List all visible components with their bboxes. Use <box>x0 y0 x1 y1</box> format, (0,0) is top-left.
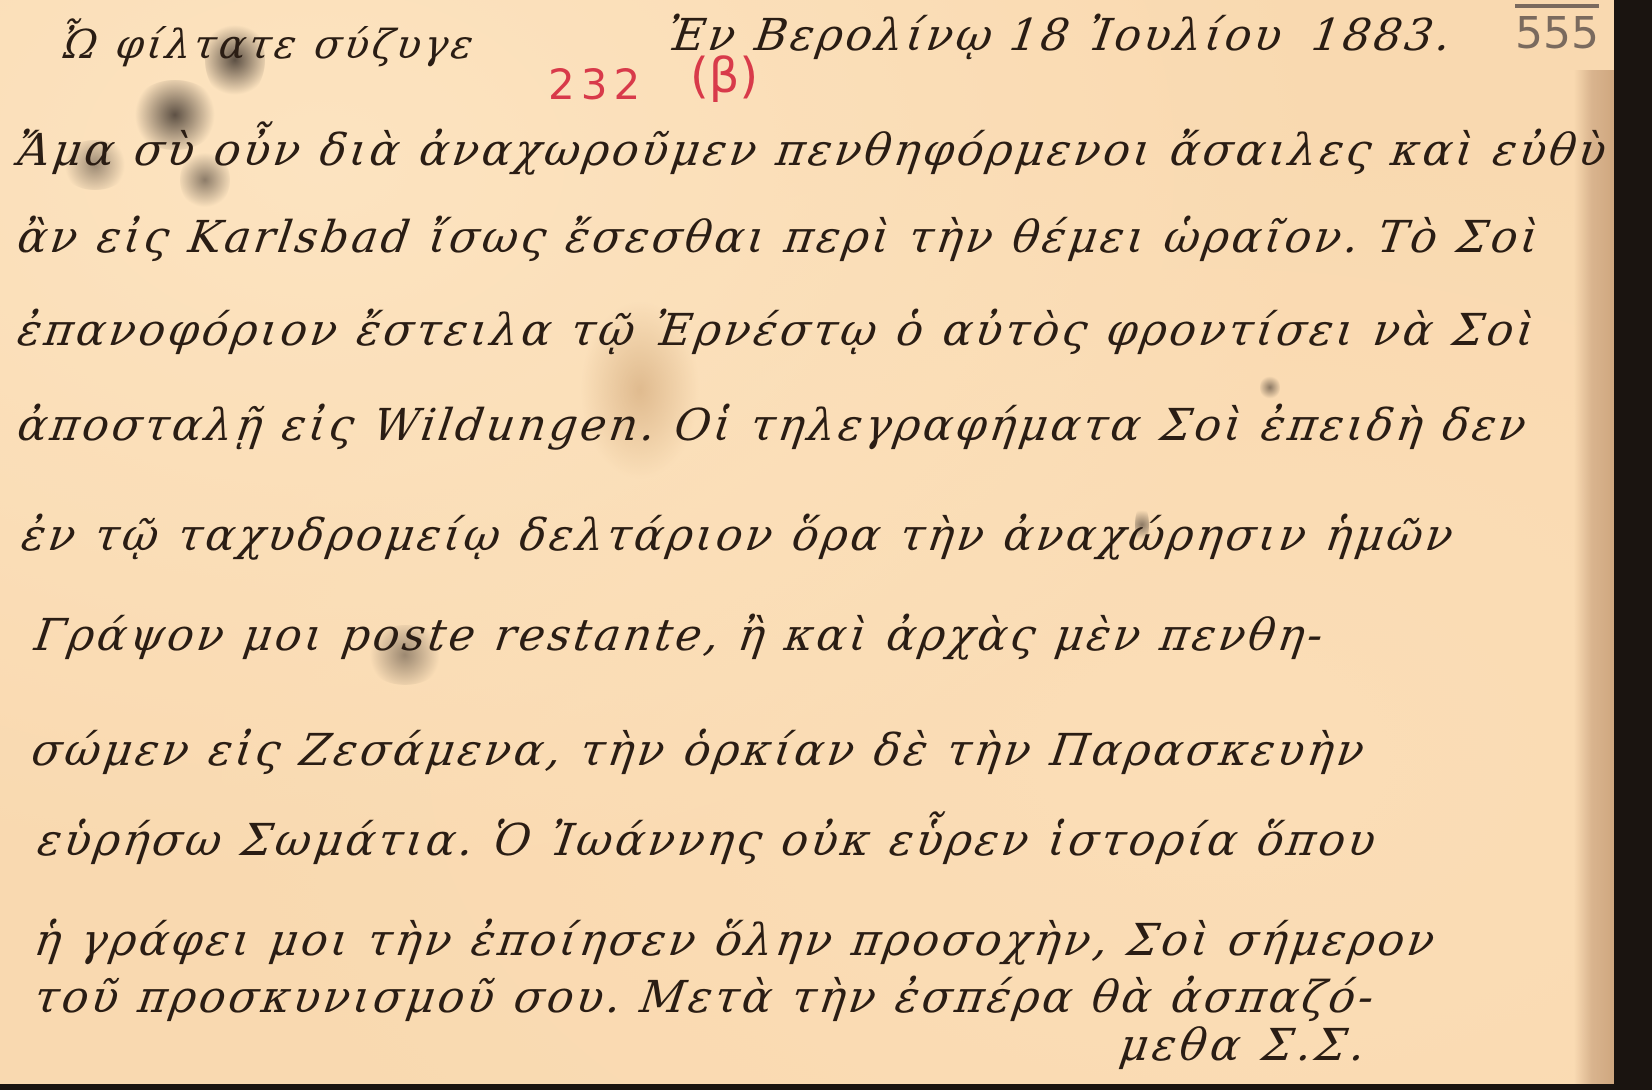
body-line: ἂν εἰς Karlsbad ἴσως ἔσεσθαι περὶ τὴν θέ… <box>14 212 1544 263</box>
letter-date: 18 Ἰουλίου <box>1006 10 1288 61</box>
body-line: ἐπανοφόριον ἔστειλα τῷ Ἐρνέστῳ ὁ αὐτὸς φ… <box>14 305 1540 356</box>
body-line: σώμεν εἰς Ζεσάμενα, τὴν ὁρκίαν δὲ τὴν Πα… <box>28 725 1370 776</box>
letter-greeting: Ὦ φίλτατε σύζυγε <box>57 22 479 68</box>
body-line: εὑρήσω Σωμάτια. Ὁ Ἰωάννης οὐκ εὗρεν ἱστο… <box>34 815 1381 866</box>
body-line: ἡ γράφει μοι τὴν ἐποίησεν ὅλην προσοχὴν,… <box>31 915 1440 966</box>
postcard-paper: Ὦ φίλτατε σύζυγε Ἐν Βερολίνῳ 18 Ἰουλίου … <box>0 0 1614 1084</box>
folio-number: 555 <box>1515 8 1599 59</box>
paper-edge-discoloration <box>1574 70 1614 1084</box>
ink-speck <box>1260 375 1280 400</box>
archive-subnumber: (β) <box>690 48 758 104</box>
letter-year: 1883. <box>1308 10 1456 61</box>
body-line: ἀποσταλῇ εἰς Wildungen. Οἱ τηλεγραφήματα… <box>14 400 1532 451</box>
body-line: Ἄμα σὺ οὖν διὰ ἀναχωροῦμεν πενθηφόρμενοι… <box>14 125 1612 176</box>
body-line: τοῦ προσκυνισμοῦ σου. Μετὰ τὴν ἐσπέρα θὰ… <box>31 972 1379 1023</box>
body-line: ἐν τῷ ταχυδρομείῳ δελτάριον ὅρα τὴν ἀναχ… <box>18 510 1459 561</box>
signature: μεθα Σ.Σ. <box>1116 1020 1372 1071</box>
body-line: Γράψον μοι poste restante, ἢ καὶ ἀρχὰς μ… <box>31 610 1329 661</box>
archive-number: 232 <box>548 60 646 109</box>
